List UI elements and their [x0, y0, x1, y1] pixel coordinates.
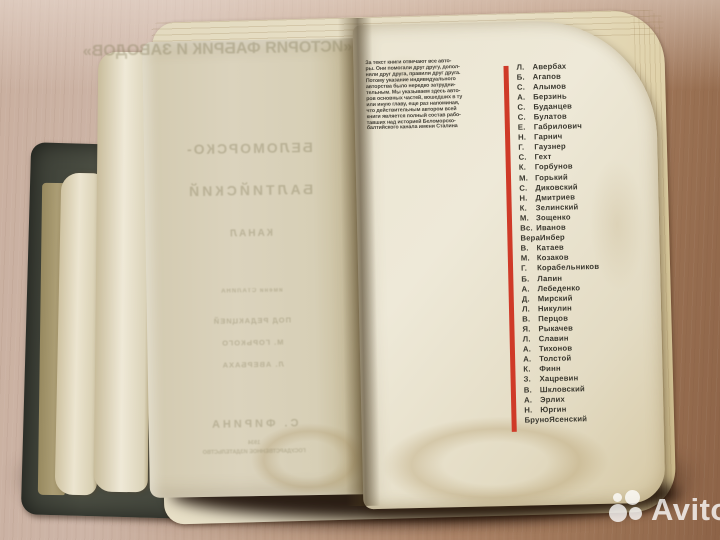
author-initial: Л. [516, 62, 532, 71]
author-initial: Вс. [520, 223, 536, 232]
author-initial: Н. [524, 405, 540, 414]
intro-paragraph: За текст книги отвечают все авто- ры. Он… [365, 58, 493, 132]
ghost-bleedthrough-text: БАЛТИЙСКИЙ [145, 180, 355, 200]
author-surname: Буданцев [533, 101, 572, 111]
photo-scene: БЕЛОМОРСКО- БАЛТИЙСКИЙ КАНАЛ имени СТАЛИ… [0, 0, 720, 540]
author-initial: С. [518, 153, 534, 162]
ghost-bleedthrough-text: М. ГОРЬКОГО [147, 336, 357, 349]
author-surname: Диковский [535, 182, 578, 192]
author-surname: Гаузнер [534, 142, 566, 152]
right-page: За текст книги отвечают все авто- ры. Он… [353, 19, 666, 510]
author-surname: Горбунов [535, 162, 573, 172]
author-surname: Лапин [537, 273, 562, 283]
author-surname: Ясенский [549, 414, 587, 424]
author-surname: Никулин [538, 303, 572, 313]
author-surname: Юргин [540, 404, 566, 414]
ghost-bleedthrough-text: Л. АВЕРБАХА [148, 358, 358, 371]
author-initial: Л. [523, 334, 539, 343]
author-surname: Славин [539, 334, 569, 344]
author-initial: А. [523, 344, 539, 353]
author-initial: З. [524, 375, 540, 384]
ghost-bleedthrough-text: «ИСТОРИЯ ФАБРИК И ЗАВОДОВ» [142, 38, 352, 60]
author-initial: А. [524, 395, 540, 404]
author-surname: Зелинский [536, 202, 579, 212]
author-surname: Козаков [537, 253, 569, 263]
ghost-bleedthrough-text: КАНАЛ [145, 226, 355, 241]
author-initial: Б. [521, 274, 537, 283]
author-surname: Корабельников [537, 262, 599, 272]
author-surname: Тихонов [539, 344, 573, 354]
author-initial: С. [517, 102, 533, 111]
author-initial: С. [519, 183, 535, 192]
author-surname: Габрилович [534, 121, 582, 131]
author-surname: Лебеденко [537, 283, 580, 293]
author-surname: Катаев [537, 243, 565, 253]
author-initial: А. [517, 92, 533, 101]
author-initial: В. [521, 244, 537, 253]
intro-line: балтийского канала имени Сталина [367, 124, 493, 133]
author-initial: М. [520, 213, 536, 222]
author-initial: Г. [521, 264, 537, 273]
author-initial: А. [523, 355, 539, 364]
author-surname: Перцов [538, 314, 568, 324]
author-surname: Дмитриев [535, 192, 575, 202]
author-surname: Гехт [534, 152, 551, 161]
author-initial: Б. [517, 72, 533, 81]
author-initial: Д. [522, 294, 538, 303]
author-surname: Шкловский [540, 384, 585, 394]
author-initial: М. [519, 173, 535, 182]
authors-list: Л. Авербах Б. Агапов С. Алымов А. Берзин… [516, 59, 660, 425]
author-surname: Мирский [538, 293, 573, 303]
author-surname: Гарнич [534, 132, 562, 142]
author-initial: Бруно [524, 415, 549, 425]
author-surname: Иванов [536, 223, 566, 233]
author-initial: Н. [518, 133, 534, 142]
author-surname: Финн [539, 364, 561, 373]
author-surname: Толстой [539, 354, 571, 364]
author-surname: Горький [535, 172, 568, 182]
water-stain [365, 407, 625, 519]
avito-wordmark: Avito [651, 494, 720, 525]
author-initial: Вера [520, 233, 540, 242]
ghost-bleedthrough-text: имени СТАЛИНА [146, 286, 356, 296]
author-surname: Хацревин [539, 374, 578, 384]
ghost-bleedthrough-text: БЕЛОМОРСКО- [144, 138, 354, 158]
ghost-bleedthrough-text: ПОД РЕДАКЦИЕЙ [147, 314, 357, 327]
author-initial: Н. [519, 193, 535, 202]
author-initial: В. [522, 314, 538, 323]
author-initial: К. [519, 163, 535, 172]
avito-logo-icon [608, 490, 648, 528]
author-surname: Эрлих [540, 394, 565, 404]
red-vertical-rule [503, 66, 516, 432]
author-initial: М. [521, 254, 537, 263]
author-surname: Алымов [533, 81, 566, 91]
author-initial: С. [518, 112, 534, 121]
author-initial: К. [520, 203, 536, 212]
author-surname: Авербах [532, 61, 566, 71]
author-surname: Зощенко [536, 212, 571, 222]
author-surname: Берзинь [533, 91, 567, 101]
author-initial: Г. [518, 143, 534, 152]
avito-watermark: Avito [608, 490, 720, 528]
author-surname: Рыкачев [538, 323, 573, 333]
author-surname: Агапов [533, 71, 561, 81]
author-initial: Я. [522, 324, 538, 333]
author-initial: А. [521, 284, 537, 293]
author-initial: С. [517, 82, 533, 91]
author-surname: Булатов [534, 112, 567, 122]
author-surname: Инбер [540, 233, 565, 243]
author-initial: Е. [518, 122, 534, 131]
author-initial: В. [524, 385, 540, 394]
author-initial: К. [523, 365, 539, 374]
author-initial: Л. [522, 304, 538, 313]
